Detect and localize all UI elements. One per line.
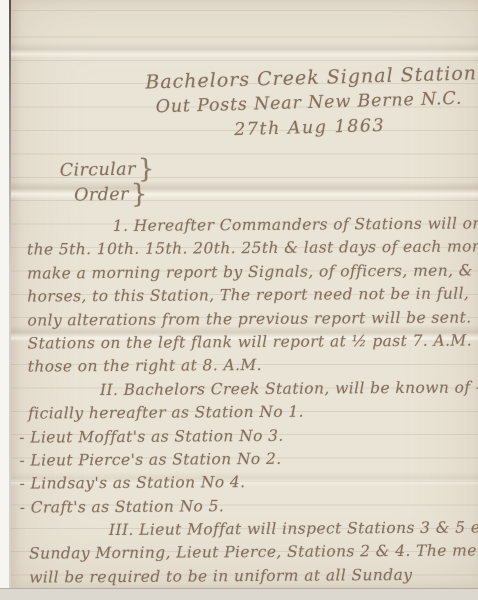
page-bottom-edge [0,588,478,600]
docket-order-label: Order [74,183,129,209]
page-left-edge-line [9,0,11,600]
manuscript-line: - Craft's as Station No 5. [20,493,475,520]
manuscript-line: will be required to be in uniform at all… [29,563,475,590]
manuscript-line: only alterations from the previous repor… [27,306,473,333]
brace-glyph: } [131,182,148,207]
manuscript-line: horses, to this Station, The report need… [27,283,473,310]
manuscript-line: III. Lieut Moffat will inspect Stations … [29,517,475,544]
manuscript-line: - Lieut Pierce's as Station No 2. [19,446,474,473]
docket-circular-label: Circular [60,158,136,184]
manuscript-line: those on the right at 8. A.M. [28,353,474,380]
manuscript-line: II. Bachelors Creek Station, will be kno… [28,376,474,403]
manuscript-line: the 5th. 10th. 15th. 20th. 25th & last d… [27,236,473,263]
header-dateline: Bachelors Creek Signal Station Out Posts… [145,61,473,145]
manuscript-line: 1. Hereafter Commanders of Stations will… [27,212,473,239]
manuscript-line: Stations on the left flank will report a… [28,329,474,356]
manuscript-line: - Lindsay's as Station No 4. [19,470,474,497]
manuscript-line: Sunday Morning, Lieut Pierce, Stations 2… [29,540,475,567]
docket-block: Circular } Order } [60,157,156,209]
manuscript-line: ficially hereafter as Station No 1. [28,400,474,427]
manuscript-line: - Lieut Moffat's as Station No 3. [19,423,474,450]
manuscript-line: make a morning report by Signals, of off… [27,259,473,286]
page-left-edge [0,0,9,600]
manuscript-scan: Bachelors Creek Signal Station Out Posts… [0,0,478,600]
manuscript-body: 1. Hereafter Commanders of Stations will… [27,212,476,589]
docket-order: Order } [74,182,155,208]
